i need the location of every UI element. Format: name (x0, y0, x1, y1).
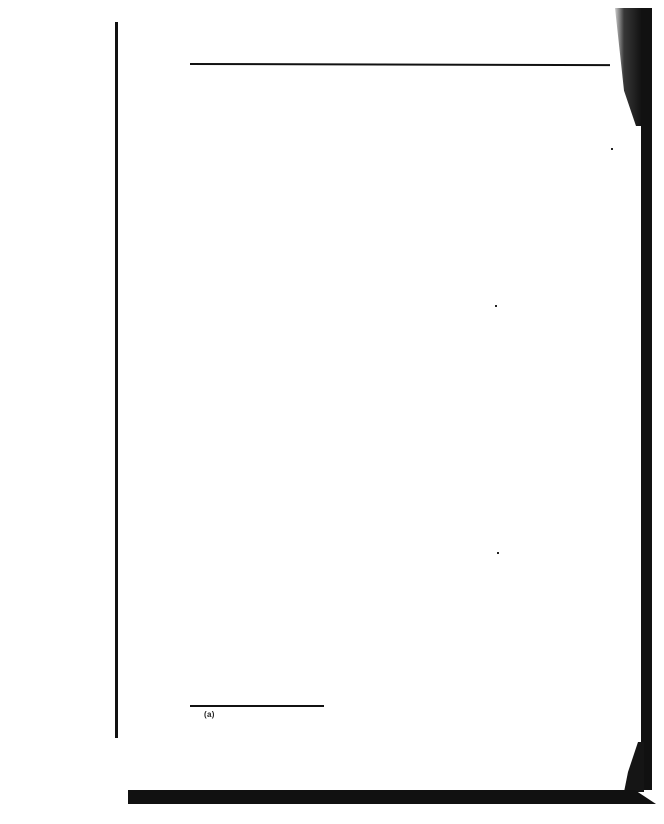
footnote-rule (190, 705, 324, 707)
left-margin-rule (115, 22, 118, 738)
page-edge-shadow-bottom (624, 742, 644, 792)
page-bottom-edge (128, 790, 656, 804)
scan-speck (495, 305, 497, 307)
footnote-marker: (a) (204, 710, 215, 719)
scan-speck (497, 552, 499, 554)
page-right-edge (641, 8, 652, 790)
page-edge-shadow-top (612, 8, 642, 126)
scan-speck (611, 148, 613, 150)
header-rule (190, 63, 610, 66)
